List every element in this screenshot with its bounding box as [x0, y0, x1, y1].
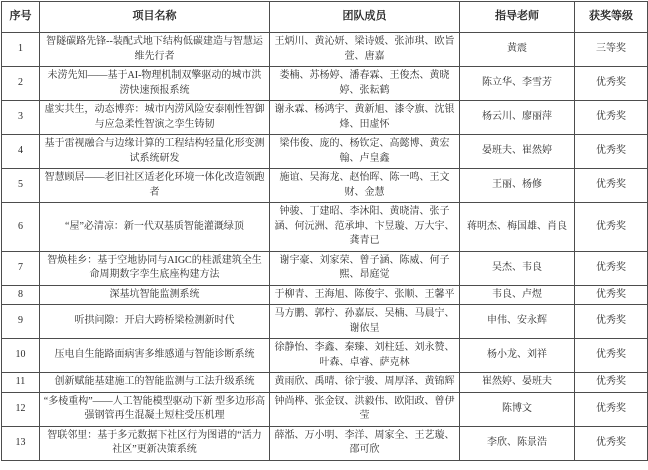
cell-project-name: 智联邻里：基于多元数据下社区行为图谱的“活力社区”更新决策系统: [40, 426, 270, 460]
table-row: 1 智隧碳路先锋--装配式地下结构低碳建造与智慧运维先行者 王炳川、黄沁妍、梁诗…: [2, 33, 648, 67]
header-advisors: 指导老师: [460, 2, 575, 33]
cell-team-members: 施谊、吴海龙、赵怡晖、陈一鸣、王文财、金慧: [270, 169, 460, 203]
table-row: 7 智焕桂乡：基于空地协同与AIGC的桂派建筑全生命周期数字孪生底座构建方法 谢…: [2, 251, 648, 285]
cell-award-level: 优秀奖: [575, 305, 648, 339]
cell-index: 6: [2, 203, 40, 252]
cell-index: 9: [2, 305, 40, 339]
cell-advisors: 韦良、卢煜: [460, 285, 575, 305]
cell-team-members: 王炳川、黄沁妍、梁诗媛、张沛琪、欧旨萱、唐嘉: [270, 33, 460, 67]
cell-project-name: 压电自生能路面病害多维感通与智能诊断系统: [40, 339, 270, 373]
cell-index: 11: [2, 373, 40, 393]
table-row: 9 听拱问隙：开启大跨桥梁检测新时代 马方鹏、郭柠、孙嘉辰、吴楠、马晨宁、谢依呈…: [2, 305, 648, 339]
header-project-name: 项目名称: [40, 2, 270, 33]
table-row: 8 深基坑智能监测系统 于柳青、王海旭、陈俊宇、张顺、王馨平 韦良、卢煜 优秀奖: [2, 285, 648, 305]
cell-project-name: 基于雷视融合与边缘计算的工程结构轻量化形变测试系统研发: [40, 135, 270, 169]
cell-project-name: “多棱重构”——人工智能模型驱动下新 型多边形高强钢管再生混凝土短柱受压机理: [40, 392, 270, 426]
cell-project-name: 深基坑智能监测系统: [40, 285, 270, 305]
cell-project-name: 智隧碳路先锋--装配式地下结构低碳建造与智慧运维先行者: [40, 33, 270, 67]
cell-team-members: 徐静怡、李鑫、秦臻、刘柱廷、刘永赞、叶森、卓睿、萨克林: [270, 339, 460, 373]
cell-team-members: 钟尚桦、张金钗、洪毅伟、欧阳政、曾伊莹: [270, 392, 460, 426]
cell-award-level: 优秀奖: [575, 135, 648, 169]
table-row: 12 “多棱重构”——人工智能模型驱动下新 型多边形高强钢管再生混凝土短柱受压机…: [2, 392, 648, 426]
cell-award-level: 优秀奖: [575, 392, 648, 426]
cell-advisors: 李欣、陈景浩: [460, 426, 575, 460]
cell-advisors: 吴杰、韦良: [460, 251, 575, 285]
cell-index: 3: [2, 101, 40, 135]
table-row: 6 “屋”必清凉：新一代双基质智能灌溉绿顶 钟骏、丁建昭、李沐阳、黄晓清、张子涵…: [2, 203, 648, 252]
cell-team-members: 于柳青、王海旭、陈俊宇、张顺、王馨平: [270, 285, 460, 305]
cell-advisors: 崔然婷、晏班夫: [460, 373, 575, 393]
cell-project-name: “屋”必清凉：新一代双基质智能灌溉绿顶: [40, 203, 270, 252]
cell-project-name: 创新赋能基建施工的智能监测与工法升级系统: [40, 373, 270, 393]
cell-advisors: 申伟、安永辉: [460, 305, 575, 339]
cell-team-members: 谢永霖、杨鸿宇、黄新旭、漆令旗、沈银烽、田虚怀: [270, 101, 460, 135]
cell-award-level: 优秀奖: [575, 203, 648, 252]
cell-project-name: 智焕桂乡：基于空地协同与AIGC的桂派建筑全生命周期数字孪生底座构建方法: [40, 251, 270, 285]
cell-award-level: 优秀奖: [575, 339, 648, 373]
table-row: 5 智慧顾居——老旧社区适老化环境一体化改造领跑者 施谊、吴海龙、赵怡晖、陈一鸣…: [2, 169, 648, 203]
cell-index: 12: [2, 392, 40, 426]
cell-project-name: 听拱问隙：开启大跨桥梁检测新时代: [40, 305, 270, 339]
cell-advisors: 王丽、杨修: [460, 169, 575, 203]
cell-advisors: 杨云川、廖丽萍: [460, 101, 575, 135]
cell-index: 10: [2, 339, 40, 373]
cell-index: 8: [2, 285, 40, 305]
cell-project-name: 虚实共生，动态博弈：城市内涝风险安泰刚性智御与应急柔性智演之孪生铸韧: [40, 101, 270, 135]
cell-team-members: 马方鹏、郭柠、孙嘉辰、吴楠、马晨宁、谢依呈: [270, 305, 460, 339]
cell-advisors: 晏班夫、崔然婷: [460, 135, 575, 169]
cell-index: 2: [2, 67, 40, 101]
cell-award-level: 三等奖: [575, 33, 648, 67]
cell-advisors: 陈博文: [460, 392, 575, 426]
table-row: 13 智联邻里：基于多元数据下社区行为图谱的“活力社区”更新决策系统 薛湉、万小…: [2, 426, 648, 460]
cell-team-members: 黄雨欣、禹晴、徐宁骏、周厚泽、黄锦辉: [270, 373, 460, 393]
cell-team-members: 梁伟俊、庞的、杨钦定、高懿博、黄宏翰、卢皇鑫: [270, 135, 460, 169]
cell-team-members: 娄楠、苏杨婷、潘春霖、王俊杰、黄晓婷、张耘鹤: [270, 67, 460, 101]
header-index: 序号: [2, 2, 40, 33]
cell-index: 5: [2, 169, 40, 203]
table-row: 11 创新赋能基建施工的智能监测与工法升级系统 黄雨欣、禹晴、徐宁骏、周厚泽、黄…: [2, 373, 648, 393]
cell-award-level: 优秀奖: [575, 101, 648, 135]
table-row: 10 压电自生能路面病害多维感通与智能诊断系统 徐静怡、李鑫、秦臻、刘柱廷、刘永…: [2, 339, 648, 373]
cell-advisors: 陈立华、李雪芳: [460, 67, 575, 101]
cell-team-members: 薛湉、万小明、李洋、周家全、王艺璇、邵可欣: [270, 426, 460, 460]
cell-award-level: 优秀奖: [575, 67, 648, 101]
cell-team-members: 谢宇豪、刘家荣、曾子涵、陈威、何子熙、昂庭觉: [270, 251, 460, 285]
cell-award-level: 优秀奖: [575, 169, 648, 203]
cell-index: 1: [2, 33, 40, 67]
header-row: 序号 项目名称 团队成员 指导老师 获奖等级: [2, 2, 648, 33]
cell-award-level: 优秀奖: [575, 251, 648, 285]
cell-project-name: 智慧顾居——老旧社区适老化环境一体化改造领跑者: [40, 169, 270, 203]
table-row: 4 基于雷视融合与边缘计算的工程结构轻量化形变测试系统研发 梁伟俊、庞的、杨钦定…: [2, 135, 648, 169]
cell-advisors: 杨小龙、刘祥: [460, 339, 575, 373]
cell-award-level: 优秀奖: [575, 426, 648, 460]
cell-team-members: 钟骏、丁建昭、李沐阳、黄晓清、张子涵、何沅洲、范承坤、卞昱璇、万大宇、龚青已: [270, 203, 460, 252]
cell-index: 13: [2, 426, 40, 460]
cell-index: 4: [2, 135, 40, 169]
cell-award-level: 优秀奖: [575, 285, 648, 305]
header-award-level: 获奖等级: [575, 2, 648, 33]
award-table: 序号 项目名称 团队成员 指导老师 获奖等级 1 智隧碳路先锋--装配式地下结构…: [1, 1, 648, 461]
cell-project-name: 未涝先知——基于AI-物理机制双擎驱动的城市洪涝快速预报系统: [40, 67, 270, 101]
cell-index: 7: [2, 251, 40, 285]
table-body: 1 智隧碳路先锋--装配式地下结构低碳建造与智慧运维先行者 王炳川、黄沁妍、梁诗…: [2, 33, 648, 461]
table-row: 2 未涝先知——基于AI-物理机制双擎驱动的城市洪涝快速预报系统 娄楠、苏杨婷、…: [2, 67, 648, 101]
cell-award-level: 优秀奖: [575, 373, 648, 393]
cell-advisors: 蒋明杰、梅国雄、肖良: [460, 203, 575, 252]
header-team-members: 团队成员: [270, 2, 460, 33]
table-row: 3 虚实共生，动态博弈：城市内涝风险安泰刚性智御与应急柔性智演之孪生铸韧 谢永霖…: [2, 101, 648, 135]
cell-advisors: 黄震: [460, 33, 575, 67]
